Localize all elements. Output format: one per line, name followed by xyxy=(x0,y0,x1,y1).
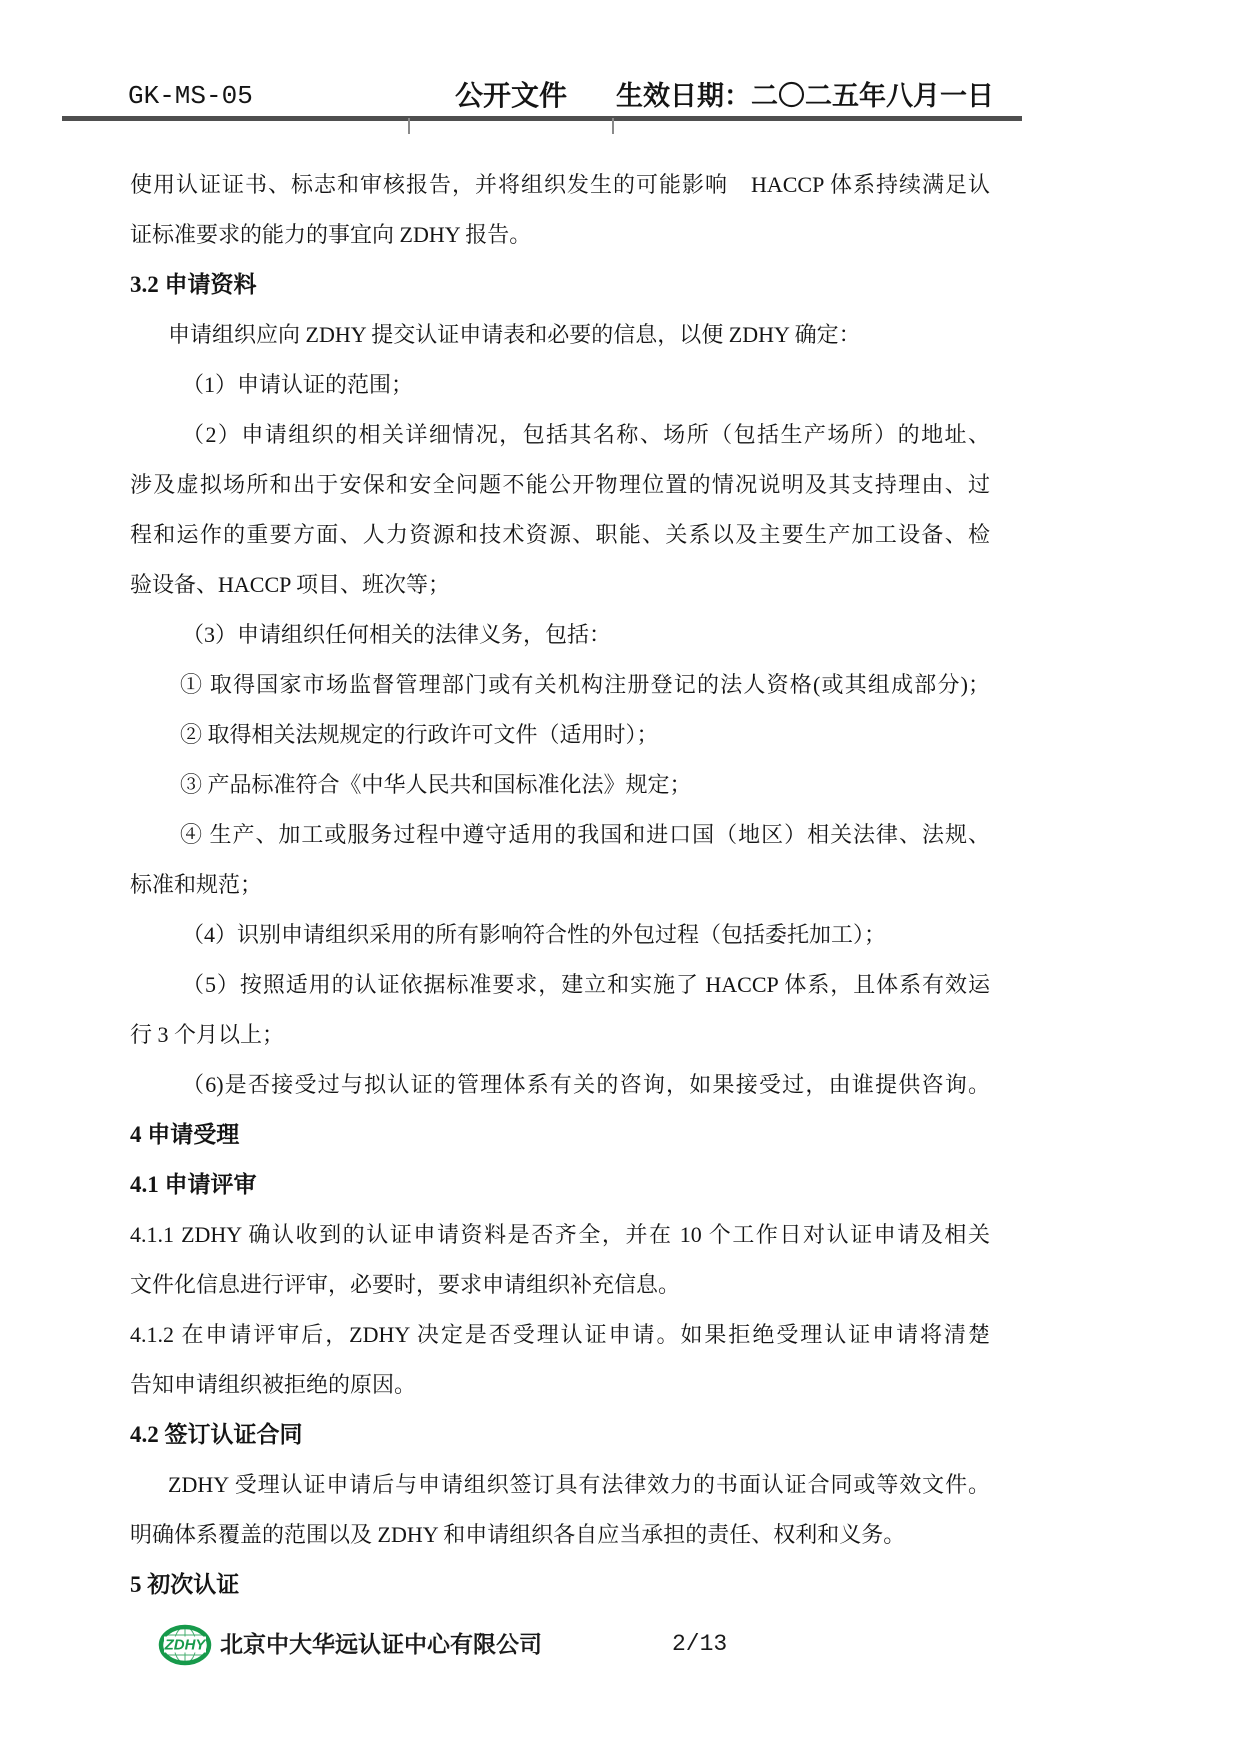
body-line: （2）申请组织的相关详细情况，包括其名称、场所（包括生产场所）的地址、 xyxy=(182,410,990,460)
header-rule xyxy=(62,116,1022,121)
body-line: 验设备、HACCP 项目、班次等； xyxy=(130,560,990,610)
body-line: （6)是否接受过与拟认证的管理体系有关的咨询，如果接受过，由谁提供咨询。 xyxy=(182,1060,990,1110)
zdhy-logo-text: ZDHY xyxy=(164,1637,208,1654)
body-line: 标准和规范； xyxy=(130,860,990,910)
body-line: 4.1.1 ZDHY 确认收到的认证申请资料是否齐全，并在 10 个工作日对认证… xyxy=(130,1210,990,1260)
body-line: ② 取得相关法规规定的行政许可文件（适用时）； xyxy=(180,710,990,760)
body-line: 明确体系覆盖的范围以及 ZDHY 和申请组织各自应当承担的责任、权利和义务。 xyxy=(130,1510,990,1560)
body-line: 5 初次认证 xyxy=(130,1560,990,1610)
body-line: 4.2 签订认证合同 xyxy=(130,1410,990,1460)
body-line: ④ 生产、加工或服务过程中遵守适用的我国和进口国（地区）相关法律、法规、 xyxy=(180,810,990,860)
body-line: 证标准要求的能力的事宜向 ZDHY 报告。 xyxy=(130,210,990,260)
body-line: 4 申请受理 xyxy=(130,1110,990,1160)
body-line: 申请组织应向 ZDHY 提交认证申请表和必要的信息，以便 ZDHY 确定： xyxy=(168,310,990,360)
body-line: 4.1.2 在申请评审后，ZDHY 决定是否受理认证申请。如果拒绝受理认证申请将… xyxy=(130,1310,990,1360)
body-line: （4）识别申请组织采用的所有影响符合性的外包过程（包括委托加工）； xyxy=(182,910,990,960)
effective-date: 生效日期：二〇二五年八月一日 xyxy=(616,78,1026,114)
body-line: 使用认证证书、标志和审核报告，并将组织发生的可能影响 HACCP 体系持续满足认 xyxy=(130,160,990,210)
body-line: 文件化信息进行评审，必要时，要求申请组织补充信息。 xyxy=(130,1260,990,1310)
page-footer: ZDHY 北京中大华远认证中心有限公司 2/13 xyxy=(0,1616,1240,1676)
body-line: 告知申请组织被拒绝的原因。 xyxy=(130,1360,990,1410)
company-name: 北京中大华远认证中心有限公司 xyxy=(220,1616,542,1672)
body-line: ③ 产品标准符合《中华人民共和国标准化法》规定； xyxy=(180,760,990,810)
body-text: 使用认证证书、标志和审核报告，并将组织发生的可能影响 HACCP 体系持续满足认… xyxy=(130,160,990,1610)
header-divider-tick xyxy=(408,118,410,134)
body-line: 3.2 申请资料 xyxy=(130,260,990,310)
body-line: 涉及虚拟场所和出于安保和安全问题不能公开物理位置的情况说明及其支持理由、过 xyxy=(130,460,990,510)
page-number: 2/13 xyxy=(672,1616,727,1672)
body-line: ① 取得国家市场监督管理部门或有关机构注册登记的法人资格(或其组成部分)； xyxy=(180,660,990,710)
doc-code: GK-MS-05 xyxy=(128,78,428,114)
body-line: 4.1 申请评审 xyxy=(130,1160,990,1210)
zdhy-logo-icon: ZDHY xyxy=(156,1622,212,1668)
doc-type: 公开文件 xyxy=(409,78,613,114)
document-page: GK-MS-05 公开文件 生效日期：二〇二五年八月一日 使用认证证书、标志和审… xyxy=(0,0,1240,1754)
body-line: 程和运作的重要方面、人力资源和技术资源、职能、关系以及主要生产加工设备、检 xyxy=(130,510,990,560)
header-divider-tick xyxy=(612,118,614,134)
body-line: 行 3 个月以上； xyxy=(130,1010,990,1060)
body-line: ZDHY 受理认证申请后与申请组织签订具有法律效力的书面认证合同或等效文件。 xyxy=(168,1460,990,1510)
body-line: （1）申请认证的范围； xyxy=(182,360,990,410)
body-line: （3）申请组织任何相关的法律义务，包括： xyxy=(182,610,990,660)
body-line: （5）按照适用的认证依据标准要求，建立和实施了 HACCP 体系，且体系有效运 xyxy=(182,960,990,1010)
